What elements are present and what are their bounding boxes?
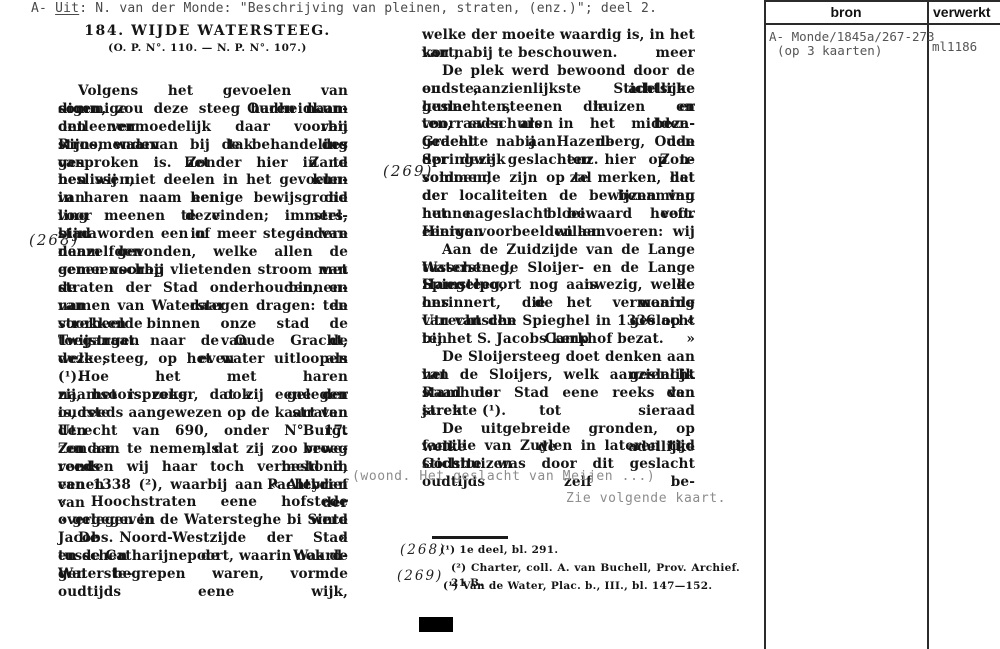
text-line: Aan de Zuidzijde van de Lange Watersteeg… [422, 242, 695, 260]
text-line: « gelegen in de Watersteghe bi Sinte Jac… [58, 512, 348, 530]
table-cell-bron-line2: (op 3 kaarten) [777, 43, 882, 58]
table-header-verwerkt: verwerkt [933, 4, 991, 20]
text-line: Volgens het gevoelen van sommige Oudheid… [58, 83, 348, 101]
text-line: gen begrepen waren, vormde oudtijds eene… [58, 566, 348, 584]
text-line: « Hoochstraten eene hofstede overgegeven… [58, 494, 348, 512]
text-line: De plek werd bewoond door de oudste, ade… [422, 63, 695, 81]
source-annotation-prefix: A- [31, 1, 55, 16]
footnotes: (¹) 1e deel, bl. 291.(²) Charter, coll. … [440, 543, 740, 597]
text-line: van 1338 (²), waarbij aan « Aleyden van … [58, 477, 348, 495]
text-line: Utrecht van 690, onder N°. 17. Zonder al… [58, 423, 348, 441]
text-line: digen, zou deze steeg haren naam ontleen… [58, 101, 348, 119]
text-line: (²) Charter, coll. A. van Buchell, Prov.… [440, 561, 740, 579]
text-line: De Noord-Westzijde der Stad tusschen de … [58, 530, 348, 548]
scan-black-mark [419, 617, 453, 632]
text-line: van van den Spieghel in 1336 op « ten Ca… [422, 313, 695, 331]
text-line: ling meenen te vinden; immers, bijna in … [58, 208, 348, 226]
typewriter-continuation: (woond. Het geslacht van Meijen ...) [352, 469, 655, 484]
page-subtitle: (O. P. N°. 110. — N. P. N°. 107.) [55, 42, 360, 54]
table-vertical-rule-right [927, 0, 929, 649]
text-line: De uitgebreide gronden, op welke de adel… [422, 421, 695, 439]
scanned-archive-card: { "annotations": { "source_line_prefix":… [0, 0, 1000, 649]
text-line: herinnert, die het vermaarde Utrechtsche… [422, 295, 695, 313]
text-line: zij, het is zeker, dat zij eene der ouds… [58, 387, 348, 405]
text-line: (¹) Van de Water, Plac. b., III., bl. 14… [440, 579, 740, 597]
footnote-separator-rule [432, 536, 508, 539]
table-header-rule [764, 23, 1000, 25]
text-line: en de Catharijnepoort, waarin ook de Wat… [58, 548, 348, 566]
page-title: 184. WIJDE WATERSTEEG. [55, 23, 360, 39]
text-line: in haren naam eenige bewijsgrond voor de… [58, 190, 348, 208]
text-line: zen aan te nemen, dat zij zoo vroeg reed… [58, 441, 348, 459]
text-line: der localiteiten de bewijzen van hunne b… [422, 188, 695, 206]
source-annotation: A- Uit: N. van der Monde: "Beschrijving … [31, 1, 657, 16]
text-line: van de Sloijers, welk aanzienlijk stamhu… [422, 367, 695, 385]
table-header-bron: bron [766, 4, 926, 20]
table-vertical-rule-left [764, 0, 766, 649]
text-line: Twijstraat naar de Oude Gracht, welke, e… [58, 333, 348, 351]
typewriter-next-card-note: Zie volgende kaart. [566, 491, 726, 506]
text-line: en aanzienlijkste Stichtsche geslachten,… [422, 81, 695, 99]
text-line: ten, even als in het midden-gedeelte aan… [422, 116, 695, 134]
left-column: Volgens het gevoelen van sommige Oudheid… [58, 83, 348, 584]
text-line: den vermoedelijk daar voorbij stroomende… [58, 119, 348, 137]
text-line: Raad der Stad eene reeks van jaren tot s… [422, 385, 695, 403]
text-line: vonden wij haar toch vermeld in eenen Pa… [58, 459, 348, 477]
text-line: Gracht nabij Hazenberg, den Springwijk e… [422, 134, 695, 152]
text-line: tusschen de Sloijer- en de Lange Hamstee… [422, 260, 695, 278]
text-line: gesproken is. Zonder hier in te beslisse… [58, 155, 348, 173]
footnote-margin-268: (268) [400, 542, 446, 558]
text-line: voldoende zijn op te merken, dat de bena… [422, 170, 695, 188]
table-cell-verwerkt: ml1186 [932, 39, 977, 54]
source-annotation-rest: : N. van der Monde: "Beschrijving van pl… [79, 1, 657, 16]
text-line: welke der moeite waardig is, in het kort… [422, 27, 695, 45]
source-annotation-uit: Uit [55, 1, 79, 16]
text-line: der deze geslachten hier op te sommen, z… [422, 152, 695, 170]
text-line: het nageslacht bewaard heeft. Hiervan wi… [422, 206, 695, 224]
text-line: hunne steenen huizen en voorraadschuren … [422, 99, 695, 117]
text-line: eenige voorbeelden aanvoeren: [422, 224, 695, 242]
text-line: is, reeds aangewezen op de kaart van den… [58, 405, 348, 423]
margin-number-268: (268) [29, 231, 79, 249]
text-line: strekken binnen onze stad de toegangen v… [58, 316, 348, 334]
text-line: familie van Zuylen in lateren tijd Godsh… [422, 438, 695, 456]
text-line: deze steeg, op het water uitloopen (¹). [58, 351, 348, 369]
table-top-rule [764, 0, 1000, 2]
text-line: namen van Waterstegen dragen: ten voorbe… [58, 298, 348, 316]
right-column: welke der moeite waardig is, in het kort… [422, 27, 695, 474]
text-line: naam gevonden, welke allen de gemeenscha… [58, 244, 348, 262]
text-line: nen wij niet deelen in het gevoelen van … [58, 172, 348, 190]
text-line: Spiegelpoort nog aanwezig, welke ons de … [422, 277, 695, 295]
text-line: De Sloijersteeg doet denken aan het gesl… [422, 349, 695, 367]
text-line: stad worden een of meer stegen van denze… [58, 226, 348, 244]
text-line: eenen voorbij vlietenden stroom met de b… [58, 262, 348, 280]
text-line: Rijns, waarvan bij de behandeling van he… [58, 137, 348, 155]
text-line: Hoe het met haren naamsoorsprong ook gel… [58, 369, 348, 387]
table-cell-bron-line1: A- Monde/1845a/267-273 [769, 29, 935, 44]
text-line: straten der Stad onderhouden, en van daa… [58, 280, 348, 298]
margin-number-269: (269) [383, 162, 433, 180]
footnote-margin-269: (269) [397, 568, 443, 584]
text-line: (¹) 1e deel, bl. 291. [440, 543, 740, 561]
text-line: bij het S. Jacobs kerkhof bezat. [422, 331, 695, 349]
